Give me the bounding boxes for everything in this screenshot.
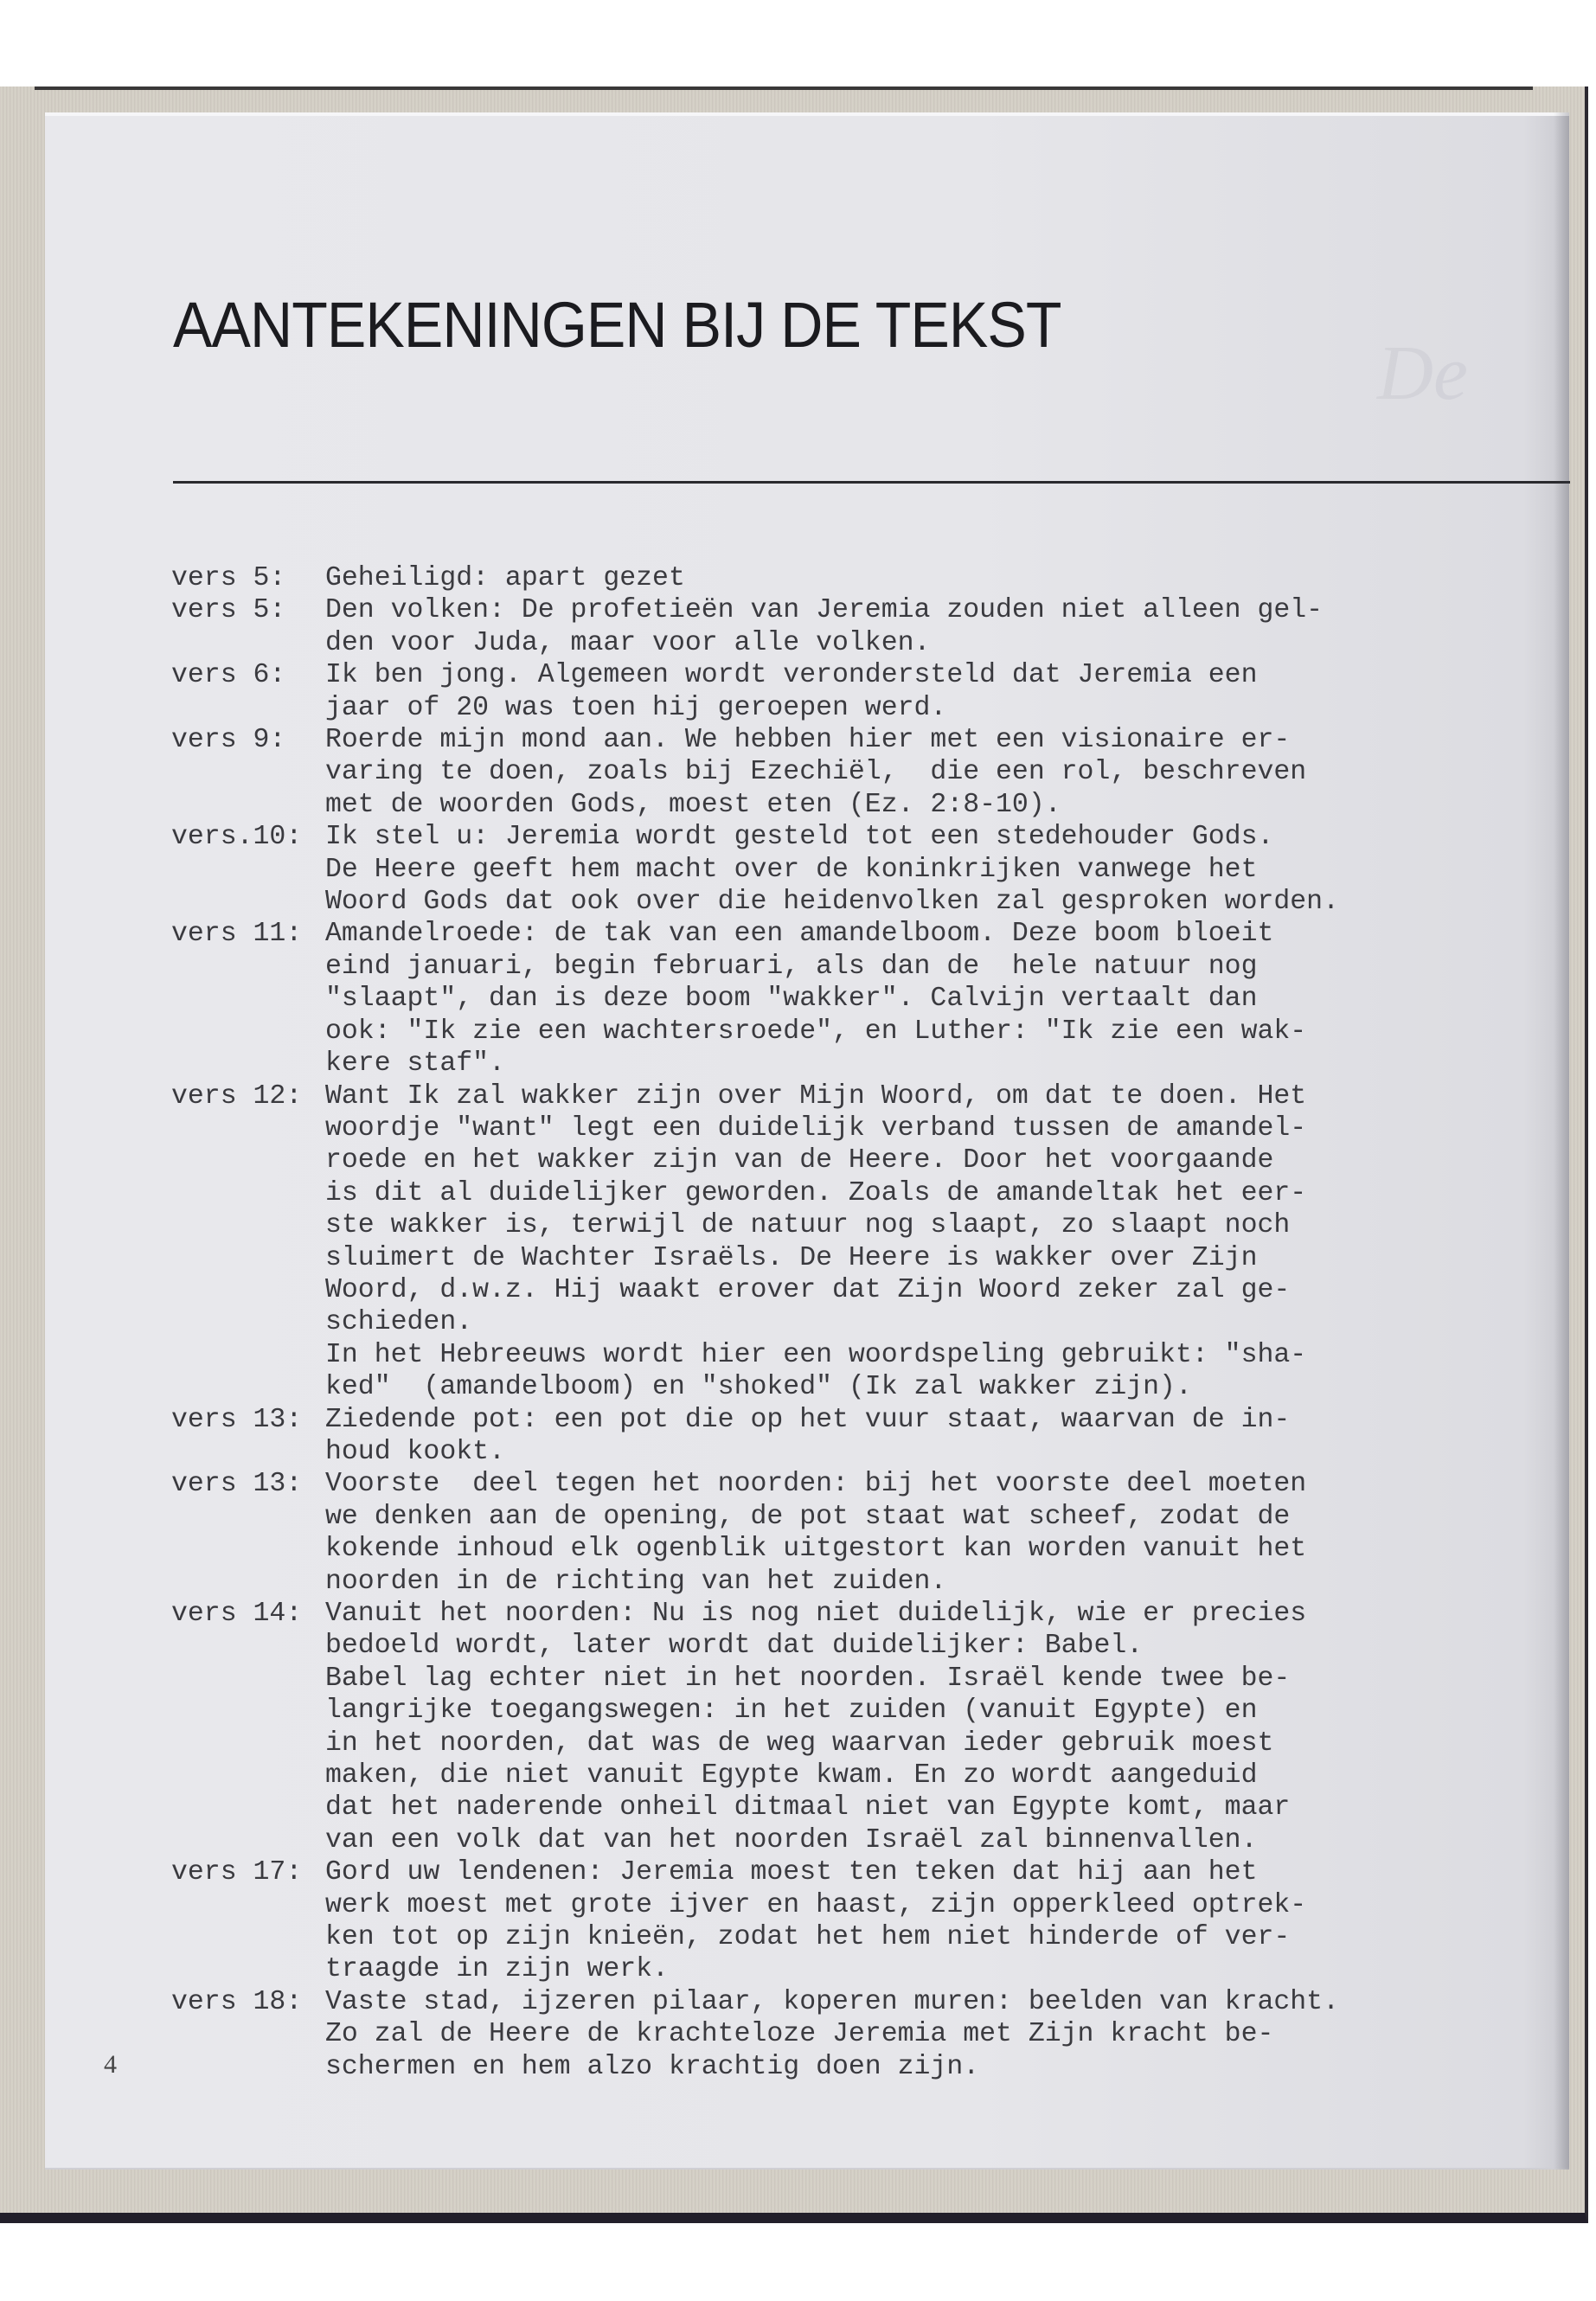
note-item: vers.10:Ik stel u: Jeremia wordt gesteld… (171, 821, 1590, 918)
note-text: Roerde mijn mond aan. We hebben hier met… (325, 724, 1590, 821)
note-line: Want Ik zal wakker zijn over Mijn Woord,… (325, 1080, 1590, 1112)
note-line: we denken aan de opening, de pot staat w… (325, 1501, 1590, 1533)
note-line: kere staf". (325, 1048, 1590, 1080)
verse-label: vers 6: (171, 659, 325, 724)
note-line: schermen en hem alzo krachtig doen zijn. (325, 2051, 1590, 2083)
note-line: roede en het wakker zijn van de Heere. D… (325, 1144, 1590, 1176)
note-text: Voorste deel tegen het noorden: bij het … (325, 1468, 1590, 1598)
note-text: Ziedende pot: een pot die op het vuur st… (325, 1404, 1590, 1469)
note-line: noorden in de richting van het zuiden. (325, 1566, 1590, 1598)
note-text: Geheiligd: apart gezet (325, 562, 1590, 594)
note-item: vers 5:Den volken: De profetieën van Jer… (171, 594, 1590, 659)
note-item: vers 6:Ik ben jong. Algemeen wordt veron… (171, 659, 1590, 724)
note-line: Woord Gods dat ook over die heidenvolken… (325, 886, 1590, 918)
verse-label: vers 11: (171, 918, 325, 1080)
note-item: vers 11:Amandelroede: de tak van een ama… (171, 918, 1590, 1080)
book-cover-frame: De AANTEKENINGEN BIJ DE TEKST vers 5:Geh… (0, 87, 1588, 2223)
note-text: Vanuit het noorden: Nu is nog niet duide… (325, 1598, 1590, 1856)
note-line: ste wakker is, terwijl de natuur nog sla… (325, 1209, 1590, 1241)
title-divider (173, 481, 1570, 484)
note-item: vers 13:Ziedende pot: een pot die op het… (171, 1404, 1590, 1469)
note-line: bedoeld wordt, later wordt dat duidelijk… (325, 1630, 1590, 1662)
verse-label: vers 13: (171, 1468, 325, 1598)
note-line: ked" (amandelboom) en "shoked" (Ik zal w… (325, 1371, 1590, 1403)
note-line: Voorste deel tegen het noorden: bij het … (325, 1468, 1590, 1500)
note-line: Vanuit het noorden: Nu is nog niet duide… (325, 1598, 1590, 1630)
note-item: vers 14:Vanuit het noorden: Nu is nog ni… (171, 1598, 1590, 1856)
note-line: langrijke toegangswegen: in het zuiden (… (325, 1695, 1590, 1727)
note-line: Geheiligd: apart gezet (325, 562, 1590, 594)
note-text: Ik ben jong. Algemeen wordt veronderstel… (325, 659, 1590, 724)
note-line: Roerde mijn mond aan. We hebben hier met… (325, 724, 1590, 756)
note-line: "slaapt", dan is deze boom "wakker". Cal… (325, 983, 1590, 1015)
note-line: werk moest met grote ijver en haast, zij… (325, 1889, 1590, 1921)
note-line: De Heere geeft hem macht over de koninkr… (325, 854, 1590, 886)
note-line: woordje "want" legt een duidelijk verban… (325, 1112, 1590, 1144)
verse-label: vers 5: (171, 594, 325, 659)
note-text: Gord uw lendenen: Jeremia moest ten teke… (325, 1856, 1590, 1986)
note-item: vers 9:Roerde mijn mond aan. We hebben h… (171, 724, 1590, 821)
verse-label: vers 18: (171, 1986, 325, 2083)
note-line: kokende inhoud elk ogenblik uitgestort k… (325, 1533, 1590, 1565)
note-line: Zo zal de Heere de krachteloze Jeremia m… (325, 2018, 1590, 2050)
note-text: Want Ik zal wakker zijn over Mijn Woord,… (325, 1080, 1590, 1404)
note-text: Vaste stad, ijzeren pilaar, koperen mure… (325, 1986, 1590, 2083)
note-line: Babel lag echter niet in het noorden. Is… (325, 1663, 1590, 1695)
note-item: vers 12:Want Ik zal wakker zijn over Mij… (171, 1080, 1590, 1404)
note-item: vers 18:Vaste stad, ijzeren pilaar, kope… (171, 1986, 1590, 2083)
verse-label: vers 12: (171, 1080, 325, 1404)
note-line: maken, die niet vanuit Egypte kwam. En z… (325, 1759, 1590, 1791)
note-line: schieden. (325, 1306, 1590, 1338)
page-title: AANTEKENINGEN BIJ DE TEKST (173, 288, 1061, 362)
note-text: Ik stel u: Jeremia wordt gesteld tot een… (325, 821, 1590, 918)
note-line: Vaste stad, ijzeren pilaar, koperen mure… (325, 1986, 1590, 2018)
note-line: Ziedende pot: een pot die op het vuur st… (325, 1404, 1590, 1436)
note-item: vers 13:Voorste deel tegen het noorden: … (171, 1468, 1590, 1598)
note-line: traagde in zijn werk. (325, 1953, 1590, 1985)
note-line: Ik ben jong. Algemeen wordt veronderstel… (325, 659, 1590, 691)
note-line: in het noorden, dat was de weg waarvan i… (325, 1727, 1590, 1759)
verse-label: vers 17: (171, 1856, 325, 1986)
note-line: met de woorden Gods, moest eten (Ez. 2:8… (325, 789, 1590, 821)
note-line: Amandelroede: de tak van een amandelboom… (325, 918, 1590, 950)
note-line: ken tot op zijn knieën, zodat het hem ni… (325, 1921, 1590, 1953)
note-line: houd kookt. (325, 1436, 1590, 1468)
note-line: Gord uw lendenen: Jeremia moest ten teke… (325, 1856, 1590, 1888)
verse-label: vers 13: (171, 1404, 325, 1469)
note-item: vers 5:Geheiligd: apart gezet (171, 562, 1590, 594)
book-page: De AANTEKENINGEN BIJ DE TEKST vers 5:Geh… (45, 112, 1569, 2170)
note-line: In het Hebreeuws wordt hier een woordspe… (325, 1339, 1590, 1371)
note-line: ook: "Ik zie een wachtersroede", en Luth… (325, 1016, 1590, 1048)
note-line: van een volk dat van het noorden Israël … (325, 1824, 1590, 1856)
verse-label: vers 14: (171, 1598, 325, 1856)
note-line: dat het naderende onheil ditmaal niet va… (325, 1791, 1590, 1823)
note-line: eind januari, begin februari, als dan de… (325, 951, 1590, 983)
note-text: Den volken: De profetieën van Jeremia zo… (325, 594, 1590, 659)
notes-list: vers 5:Geheiligd: apart gezetvers 5:Den … (171, 562, 1590, 2083)
verse-label: vers.10: (171, 821, 325, 918)
note-line: sluimert de Wachter Israëls. De Heere is… (325, 1242, 1590, 1274)
bleed-through-text: De (1377, 329, 1468, 418)
note-line: jaar of 20 was toen hij geroepen werd. (325, 692, 1590, 724)
page-number: 4 (104, 2050, 117, 2080)
verse-label: vers 5: (171, 562, 325, 594)
note-line: den voor Juda, maar voor alle volken. (325, 627, 1590, 659)
note-line: Ik stel u: Jeremia wordt gesteld tot een… (325, 821, 1590, 853)
note-text: Amandelroede: de tak van een amandelboom… (325, 918, 1590, 1080)
note-line: Den volken: De profetieën van Jeremia zo… (325, 594, 1590, 626)
verse-label: vers 9: (171, 724, 325, 821)
note-line: varing te doen, zoals bij Ezechiël, die … (325, 756, 1590, 788)
note-line: Woord, d.w.z. Hij waakt erover dat Zijn … (325, 1274, 1590, 1306)
note-line: is dit al duidelijker geworden. Zoals de… (325, 1177, 1590, 1209)
note-item: vers 17:Gord uw lendenen: Jeremia moest … (171, 1856, 1590, 1986)
